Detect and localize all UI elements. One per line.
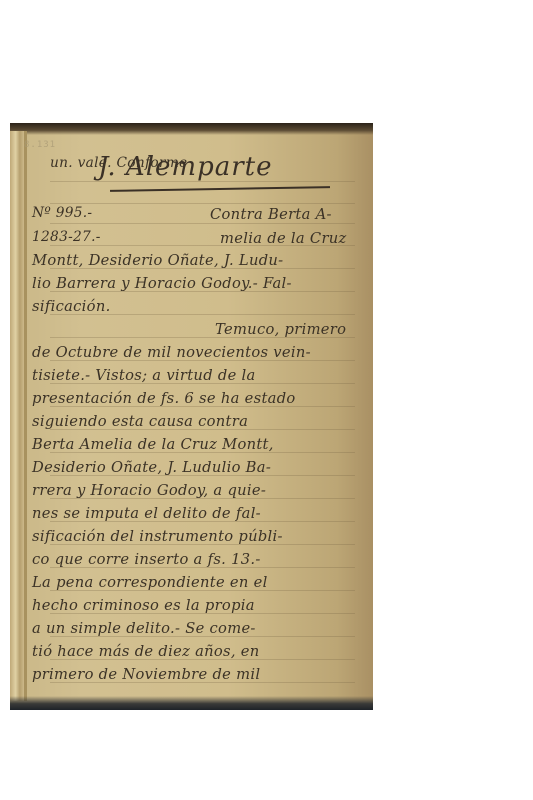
- body-line: de Octubre de mil novecientos vein-: [32, 343, 311, 361]
- signature-underline: [110, 186, 330, 192]
- ruled-line: [50, 203, 355, 204]
- caption-line-1: Contra Berta A-: [210, 205, 332, 223]
- page-top-shadow: [10, 123, 373, 135]
- body-line: Desiderio Oñate, J. Ludulio Ba-: [32, 458, 271, 476]
- case-reference: 1283-27.-: [32, 229, 101, 245]
- body-line: presentación de fs. 6 se ha estado: [32, 389, 296, 407]
- document-photo: 8.131 un. vale. Conforme J. Alemparte Nº…: [10, 123, 373, 710]
- body-line: primero de Noviembre de mil: [32, 665, 260, 683]
- ruled-line: [50, 223, 355, 224]
- body-line: sificación.: [32, 297, 111, 315]
- body-line: tisiete.- Vistos; a virtud de la: [32, 366, 256, 384]
- body-line: sificación del instrumento públi-: [32, 527, 283, 545]
- body-line: Berta Amelia de la Cruz Montt,: [32, 435, 274, 453]
- signature: J. Alemparte: [98, 152, 272, 182]
- body-line: Montt, Desiderio Oñate, J. Ludu-: [32, 251, 283, 269]
- body-line: hecho criminoso es la propia: [32, 596, 255, 614]
- body-line: co que corre inserto a fs. 13.-: [32, 550, 261, 568]
- entry-number: Nº 995.-: [32, 205, 92, 221]
- page-bottom-shadow: [10, 696, 373, 710]
- body-line: nes se imputa el delito de fal-: [32, 504, 261, 522]
- folio-stamp: 8.131: [24, 140, 56, 150]
- caption-line-2: melia de la Cruz: [220, 229, 347, 247]
- body-line: rrera y Horacio Godoy, a quie-: [32, 481, 266, 499]
- body-line: lio Barrera y Horacio Godoy.- Fal-: [32, 274, 292, 292]
- body-line: Temuco, primero: [215, 320, 346, 338]
- body-line: a un simple delito.- Se come-: [32, 619, 256, 637]
- page-binding-edge: [10, 131, 24, 701]
- body-line: siguiendo esta causa contra: [32, 412, 248, 430]
- body-line: La pena correspondiente en el: [32, 573, 268, 591]
- page-binding-line: [24, 131, 27, 701]
- body-line: tió hace más de diez años, en: [32, 642, 260, 660]
